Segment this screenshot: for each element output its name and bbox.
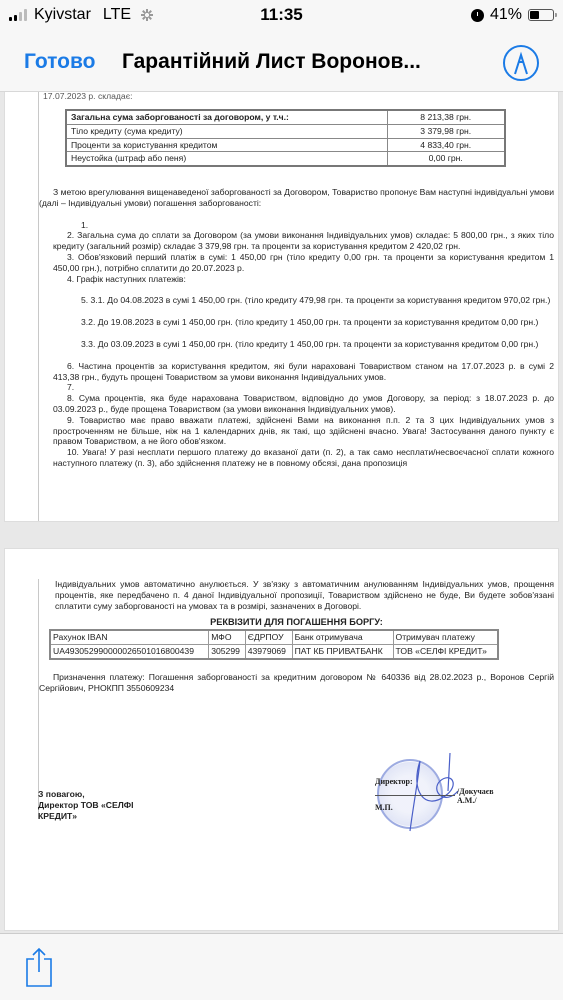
director-name: /Докучаєв А.М./ [457, 787, 515, 805]
done-button[interactable]: Готово [24, 50, 95, 74]
seal-label: М.П. [375, 803, 393, 812]
status-bar: Kyivstar LTE 11:35 41% [0, 0, 563, 34]
requisites-value-cell: 305299 [209, 644, 246, 658]
item-3-2: 3.2. До 19.08.2023 в сумі 1 450,00 грн. … [39, 317, 554, 328]
pdf-viewer[interactable]: 17.07.2023 р. складає: Загальна сума заб… [0, 92, 563, 933]
item-4: 4. Графік наступних платежів: [39, 274, 554, 285]
debt-amount: 0,00 грн. [387, 152, 505, 166]
cut-text: 17.07.2023 р. складає: [43, 92, 132, 102]
debt-table: Загальна сума заборгованості за договоро… [65, 109, 506, 167]
item-10: 10. Увага! У разі несплати першого плате… [39, 447, 554, 469]
director-label: Директор: [375, 777, 413, 786]
requisites-title: РЕКВІЗИТИ ДЛЯ ПОГАШЕННЯ БОРГУ: [39, 617, 554, 628]
requisites-header-cell: МФО [209, 630, 246, 644]
continuation-paragraph: Індивідуальних умов автоматично анулюєть… [55, 579, 554, 611]
table-row: UA49305299000002650101680043930529943979… [50, 644, 498, 658]
table-row: Проценти за користування кредитом4 833,4… [66, 138, 505, 152]
nav-bar: Готово Гарантійний Лист Воронов... [0, 34, 563, 92]
battery-percent: 41% [490, 6, 522, 24]
requisites-value-cell: UA493052990000026501016800439 [50, 644, 209, 658]
table-row: Неустойка (штраф або пеня)0,00 грн. [66, 152, 505, 166]
item-8: 8. Сума процентів, яка буде нарахована Т… [39, 393, 554, 415]
bottom-toolbar [0, 933, 563, 1000]
conditions-text: З метою врегулювання вищенаведеної забор… [39, 187, 554, 469]
table-row: Рахунок IBANМФОЄДРПОУБанк отримувачаОтри… [50, 630, 498, 644]
debt-amount: 3 379,98 грн. [387, 124, 505, 138]
table-row: Тіло кредиту (сума кредиту)3 379,98 грн. [66, 124, 505, 138]
document-title: Гарантійний Лист Воронов... [122, 50, 421, 74]
share-icon[interactable] [24, 947, 54, 983]
signature-block: З повагою, Директор ТОВ «СЕЛФІ КРЕДИТ» [38, 789, 134, 821]
requisites-header-cell: Отримувач платежу [393, 630, 498, 644]
signer-company: КРЕДИТ» [38, 811, 134, 822]
debt-label: Неустойка (штраф або пеня) [66, 152, 387, 166]
table-row: Загальна сума заборгованості за договоро… [66, 110, 505, 124]
requisites-header-cell: Рахунок IBAN [50, 630, 209, 644]
item-1: 1. [39, 220, 554, 231]
item-3-3: 3.3. До 03.09.2023 в сумі 1 450,00 грн. … [39, 339, 554, 350]
requisites-header-cell: ЄДРПОУ [245, 630, 292, 644]
page-content: 17.07.2023 р. складає: Загальна сума заб… [38, 92, 558, 521]
item-9: 9. Товариство має право вважати платежі,… [39, 415, 554, 447]
intro-paragraph: З метою врегулювання вищенаведеної забор… [39, 187, 554, 209]
debt-amount: 8 213,38 грн. [387, 110, 505, 124]
item-3: 3. Обов'язковий перший платіж в сумі: 1 … [39, 252, 554, 274]
requisites-header-cell: Банк отримувача [292, 630, 393, 644]
item-6: 6. Частина процентів за користування кре… [39, 361, 554, 383]
requisites-value-cell: 43979069 [245, 644, 292, 658]
debt-label: Проценти за користування кредитом [66, 138, 387, 152]
signer-title: Директор ТОВ «СЕЛФІ [38, 800, 134, 811]
alarm-icon [471, 9, 484, 22]
debt-amount: 4 833,40 грн. [387, 138, 505, 152]
debt-label: Тіло кредиту (сума кредиту) [66, 124, 387, 138]
markup-pen-icon[interactable] [503, 45, 539, 81]
requisites-value-cell: ПАТ КБ ПРИВАТБАНК [292, 644, 393, 658]
battery-icon [528, 9, 554, 21]
debt-label: Загальна сума заборгованості за договоро… [66, 110, 387, 124]
director-signature: Директор: /Докучаєв А.М./ М.П. [375, 759, 515, 839]
requisites-table: Рахунок IBANМФОЄДРПОУБанк отримувачаОтри… [49, 629, 499, 660]
item-5: 5. 3.1. До 04.08.2023 в сумі 1 450,00 гр… [39, 295, 554, 306]
requisites-value-cell: ТОВ «СЕЛФІ КРЕДИТ» [393, 644, 498, 658]
item-2: 2. Загальна сума до сплати за Договором … [39, 230, 554, 252]
regards-text: З повагою, [38, 789, 134, 800]
payment-purpose: Призначення платежу: Погашення заборгова… [39, 672, 554, 694]
document-page-1: 17.07.2023 р. складає: Загальна сума заб… [4, 92, 559, 522]
document-page-2: Індивідуальних умов автоматично анулюєть… [4, 548, 559, 931]
item-7: 7. [39, 382, 554, 393]
